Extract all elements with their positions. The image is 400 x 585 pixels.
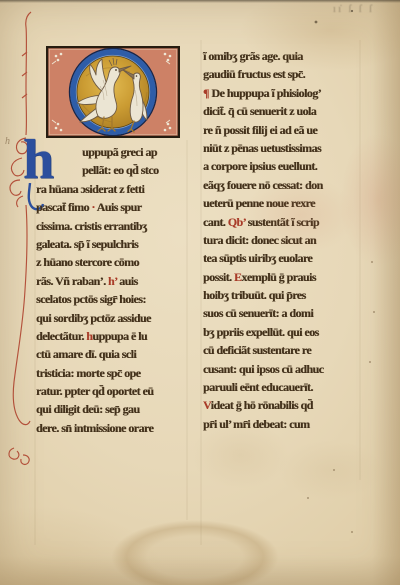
- text-column-right: ĩ omibʒ grãs age. quia gaudiū fructus es…: [203, 47, 361, 433]
- text-line: ĩ omibʒ grãs age. quia: [203, 47, 361, 65]
- text-line: ra hūana ɔsiderat z fetti: [36, 180, 188, 198]
- text-line: cant. Qb’ sustentãt ĩ scrip: [203, 213, 361, 231]
- manuscript-page: h h ıı̇ ſ ſ ſ uppupã greci ap pellãt: eo…: [0, 0, 400, 585]
- text-line: delectãtur. huppupa ē lu: [36, 327, 188, 345]
- text-line: dere. sn̄ intmissione orare: [36, 419, 188, 437]
- text-line: Videat ḡ hō rōnabilis qd̄: [203, 396, 361, 414]
- text-line: possit. Exemplū ḡ prauis: [203, 268, 361, 286]
- text-line: gaudiū fructus est spc̄.: [203, 65, 361, 83]
- text-line: qui sordibʒ pctōz assidue: [36, 309, 188, 327]
- text-line: niūt z pēnas uetustissimas: [203, 139, 361, 157]
- guide-letter: h: [5, 136, 10, 147]
- text-line: bʒ ppriis expellūt. qui eos: [203, 323, 361, 341]
- text-line: tristicia: morte spc̄ ope: [36, 364, 188, 382]
- text-column-left: uppupã greci ap pellãt: eo qd̄ stco ra h…: [36, 143, 188, 437]
- text-line: tura dicit: donec sicut an: [203, 231, 361, 249]
- text-line: a corpore ipsius euellunt.: [203, 157, 361, 175]
- text-line: uppupã greci ap: [36, 143, 188, 161]
- text-line: pr̄i ul’ mr̄i debeat: cum: [203, 415, 361, 433]
- text-line: cū deficiãt sustentare re: [203, 341, 361, 359]
- text-line: tea sūptis uiribʒ euolare: [203, 249, 361, 267]
- text-line: ratur. ppter qd̄ oportet eū: [36, 382, 188, 400]
- text-line: rãs. Vñ raban’. h’ auis: [36, 272, 188, 290]
- hoopoe-birds-icon: [46, 46, 180, 138]
- text-line: hoibʒ tribuūt. qui p̄res: [203, 286, 361, 304]
- text-line: scelatos pctōs sigr̄ hoies:: [36, 290, 188, 308]
- text-line: pascat̄ fimo · Auis spur: [36, 198, 188, 216]
- text-line: suos cū senuerīt: a domi: [203, 304, 361, 322]
- text-line: cusant: qui ipsos cū adhuc: [203, 360, 361, 378]
- text-line: ¶ De huppupa ĩ phisiolog’: [203, 84, 361, 102]
- text-line: galeata. sp̄ ĩ sepulchris: [36, 235, 188, 253]
- text-line: pellãt: eo qd̄ stco: [36, 161, 188, 179]
- text-line: ueterū penne noue rexre: [203, 194, 361, 212]
- text-line: ctū amare dī. quia scli: [36, 345, 188, 363]
- text-line: z hūano stercore cōmo: [36, 253, 188, 271]
- text-line: paruuli eēnt educauerīt.: [203, 378, 361, 396]
- text-line: qui diligit deū: sep̄ gau: [36, 400, 188, 418]
- hoopoe-miniature: [46, 46, 180, 138]
- folio-marks: ıı̇ ſ ſ ſ: [333, 4, 395, 15]
- text-line: cissima. cristis errantibʒ: [36, 217, 188, 235]
- text-line: dicit̄. q̄ cū senuerit z uola: [203, 102, 361, 120]
- text-line: eãqʒ fouere nō cessat: don: [203, 176, 361, 194]
- text-line: re ñ possit filij ei ad eã ue: [203, 121, 361, 139]
